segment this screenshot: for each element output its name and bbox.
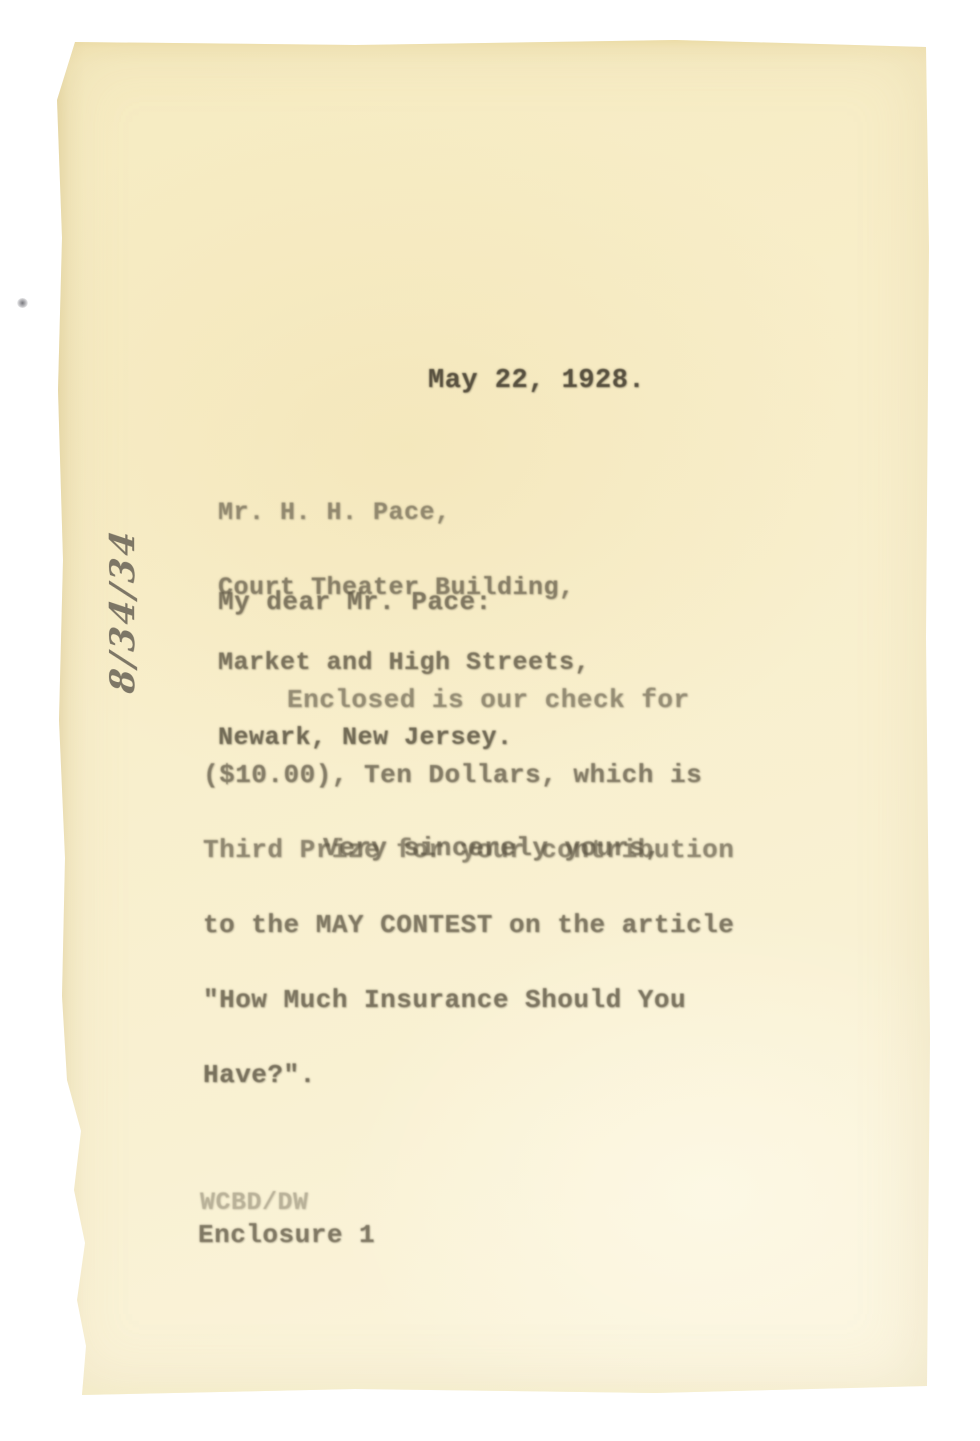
closing-line: Very sincerely yours, — [323, 833, 661, 863]
body-line: Have?". — [203, 1063, 734, 1088]
body-line: "How Much Insurance Should You — [203, 988, 734, 1013]
body-line: to the MAY CONTEST on the article — [203, 913, 734, 938]
salutation: My dear Mr. Pace: — [218, 587, 492, 617]
scan-speck — [17, 298, 28, 308]
body-paragraph: Enclosed is our check for ($10.00), Ten … — [203, 638, 734, 1138]
letter-paper: 8/34/34 May 22, 1928. Mr. H. H. Pace, Co… — [55, 38, 931, 1398]
enclosure-note: Enclosure 1 — [198, 1220, 375, 1250]
date-line: May 22, 1928. — [428, 366, 645, 396]
reference-initials: WCBD/DW — [200, 1188, 309, 1217]
handwritten-margin-annotation: 8/34/34 — [103, 480, 143, 696]
address-line: Mr. H. H. Pace, — [218, 500, 590, 525]
body-line: ($10.00), Ten Dollars, which is — [203, 763, 734, 788]
scanned-letter-page: 8/34/34 May 22, 1928. Mr. H. H. Pace, Co… — [0, 0, 980, 1441]
body-line: Enclosed is our check for — [203, 688, 734, 713]
